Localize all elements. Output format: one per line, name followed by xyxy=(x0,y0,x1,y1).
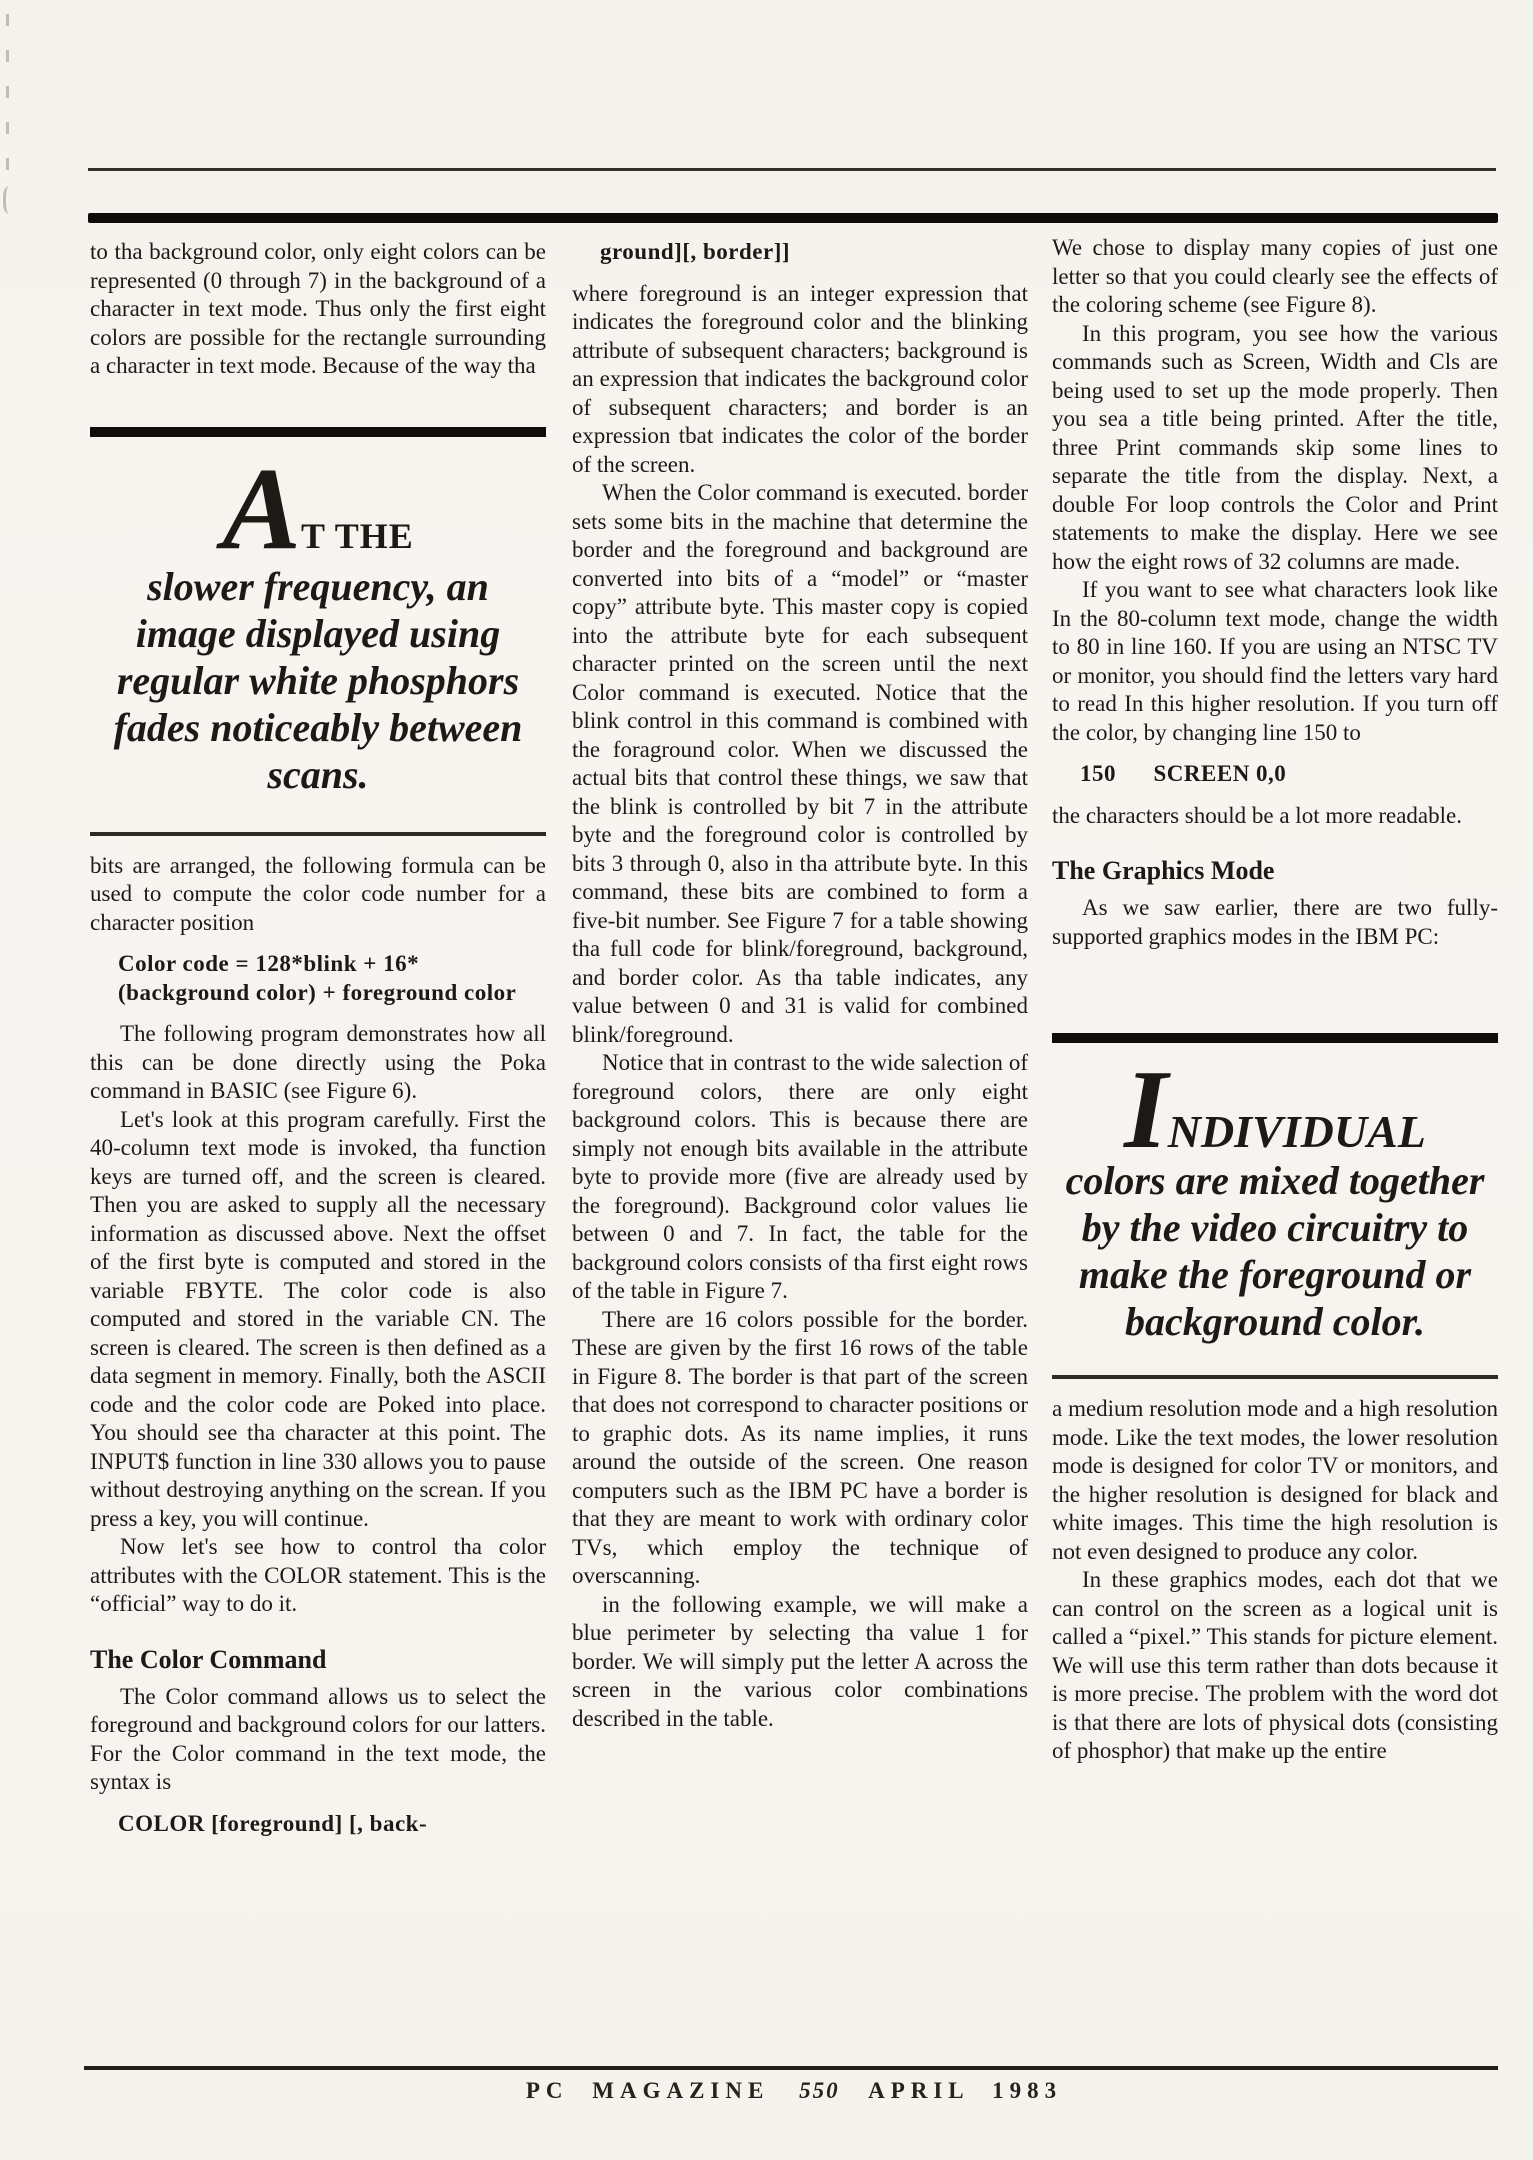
footer-page-number: 550 xyxy=(793,2078,846,2103)
pull-quote-at-the-slower-frequency: AT THE slower frequency, an image displa… xyxy=(90,427,546,836)
column-1: to tha background color, only eight colo… xyxy=(90,238,546,1851)
code-color-syntax-continued: ground][, border]] xyxy=(600,238,1028,267)
paragraph: a medium resolution mode and a high reso… xyxy=(1052,1395,1498,1566)
paragraph: Now let's see how to control tha color a… xyxy=(90,1533,546,1619)
paragraph: We chose to display many copies of just … xyxy=(1052,234,1498,320)
paragraph: where foreground is an integer expressio… xyxy=(572,280,1028,480)
column-2: ground][, border]] where foreground is a… xyxy=(572,238,1028,1733)
small-caps-lead: NDIVIDUAL xyxy=(1166,1109,1426,1155)
paragraph: The Color command allows us to select th… xyxy=(90,1683,546,1797)
column-3: We chose to display many copies of just … xyxy=(1052,234,1498,1766)
section-heading-color-command: The Color Command xyxy=(90,1645,546,1675)
paragraph: in the following example, we will make a… xyxy=(572,1591,1028,1734)
paragraph: Notice that in contrast to the wide sale… xyxy=(572,1049,1028,1306)
top-thick-rule xyxy=(88,213,1498,223)
footer-magazine-name: PC MAGAZINE xyxy=(526,2078,769,2103)
scan-artifact-dashes xyxy=(6,14,9,184)
small-caps-lead: T THE xyxy=(299,518,414,554)
pull-quote-first-line: INDIVIDUAL xyxy=(1052,1067,1498,1155)
page-footer: PC MAGAZINE 550 APRIL 1983 xyxy=(90,2078,1498,2104)
footer-date: APRIL 1983 xyxy=(868,2078,1062,2103)
paragraph: to tha background color, only eight colo… xyxy=(90,238,546,381)
footer-rule xyxy=(84,2066,1498,2070)
pull-quote-body: colors are mixed together by the video c… xyxy=(1065,1157,1485,1345)
magazine-page: to tha background color, only eight colo… xyxy=(0,0,1533,2160)
paragraph: As we saw earlier, there are two fully-s… xyxy=(1052,894,1498,951)
pull-quote-first-line: AT THE xyxy=(90,463,546,555)
top-thin-rule xyxy=(88,168,1496,171)
paragraph: There are 16 colors possible for the bor… xyxy=(572,1306,1028,1591)
paragraph: If you want to see what characters look … xyxy=(1052,576,1498,747)
pull-quote-individual-colors: INDIVIDUAL colors are mixed together by … xyxy=(1052,1033,1498,1379)
drop-cap: I xyxy=(1124,1067,1166,1154)
paragraph: bits are arranged, the following formula… xyxy=(90,852,546,938)
paragraph: When the Color command is executed. bord… xyxy=(572,479,1028,1049)
code-color-syntax: COLOR [foreground] [, back- xyxy=(118,1810,546,1839)
drop-cap: A xyxy=(222,463,299,555)
paragraph: In these graphics modes, each dot that w… xyxy=(1052,1566,1498,1766)
paragraph: In this program, you see how the various… xyxy=(1052,320,1498,577)
paragraph: Let's look at this program carefully. Fi… xyxy=(90,1106,546,1534)
paragraph: The following program demonstrates how a… xyxy=(90,1020,546,1106)
pull-quote-body: slower frequency, an image displayed usi… xyxy=(113,563,523,798)
code-formula-color-code: Color code = 128*blink + 16*(background … xyxy=(118,950,546,1007)
scan-artifact-mark xyxy=(3,186,15,214)
paragraph: the characters should be a lot more read… xyxy=(1052,802,1498,831)
code-line-150-screen: 150 SCREEN 0,0 xyxy=(1080,760,1498,789)
section-heading-graphics-mode: The Graphics Mode xyxy=(1052,856,1498,886)
